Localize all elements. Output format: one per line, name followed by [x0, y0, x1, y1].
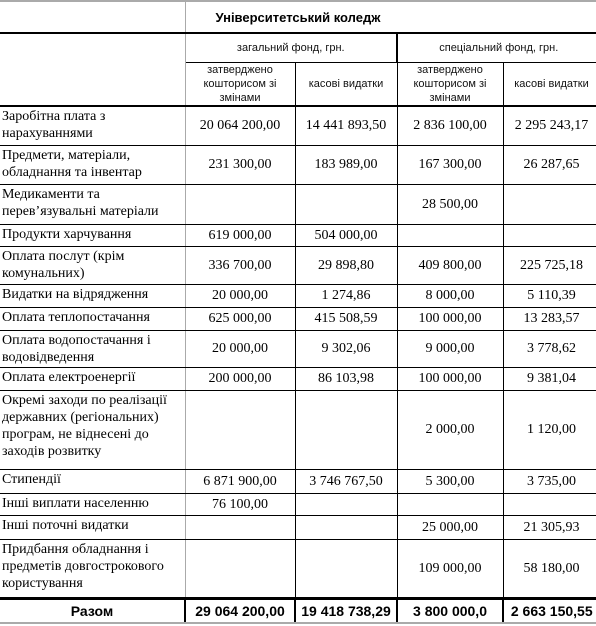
subheader-approved-general: затверджено кошторисом зі змінами	[185, 62, 295, 106]
table-body: Заробітна плата з нарахуваннями20 064 20…	[0, 106, 596, 599]
row-value: 2 836 100,00	[397, 106, 503, 146]
table-row: Інші поточні видатки25 000,0021 305,93	[0, 516, 596, 540]
row-value: 625 000,00	[185, 308, 295, 331]
row-value: 504 000,00	[295, 225, 397, 247]
row-label: Оплата теплопостачання	[0, 308, 185, 331]
row-value: 13 283,57	[503, 308, 596, 331]
row-value	[295, 540, 397, 599]
row-value	[185, 516, 295, 540]
table-row: Оплата послут (крім комунальних)336 700,…	[0, 247, 596, 285]
total-cash-special: 2 663 150,55	[503, 599, 596, 624]
table-row: Стипендії6 871 900,003 746 767,505 300,0…	[0, 470, 596, 494]
table-row: Медикаменти та перев’язувальні матеріали…	[0, 185, 596, 225]
row-value	[185, 185, 295, 225]
table-row: Окремі заходи по реалізації державних (р…	[0, 391, 596, 470]
row-value	[295, 494, 397, 516]
budget-table: Університетський коледж загальний фонд, …	[0, 0, 596, 624]
row-value: 109 000,00	[397, 540, 503, 599]
row-value: 28 500,00	[397, 185, 503, 225]
fund-header-row: загальний фонд, грн. спеціальний фонд, г…	[0, 33, 596, 62]
row-value	[397, 494, 503, 516]
row-value: 9 381,04	[503, 368, 596, 391]
row-value: 167 300,00	[397, 146, 503, 185]
row-value: 6 871 900,00	[185, 470, 295, 494]
row-value: 9 000,00	[397, 331, 503, 368]
corner-cell	[0, 1, 185, 33]
row-value: 200 000,00	[185, 368, 295, 391]
row-value: 5 300,00	[397, 470, 503, 494]
row-value: 5 110,39	[503, 285, 596, 308]
row-label-header	[0, 33, 185, 106]
row-value: 183 989,00	[295, 146, 397, 185]
row-value: 100 000,00	[397, 368, 503, 391]
row-label: Предмети, матеріали, обладнання та інвен…	[0, 146, 185, 185]
row-value	[503, 494, 596, 516]
total-cash-general: 19 418 738,29	[295, 599, 397, 624]
row-value: 2 000,00	[397, 391, 503, 470]
row-value: 20 064 200,00	[185, 106, 295, 146]
row-value	[295, 185, 397, 225]
row-value: 20 000,00	[185, 331, 295, 368]
total-approved-general: 29 064 200,00	[185, 599, 295, 624]
row-value	[295, 516, 397, 540]
row-value: 100 000,00	[397, 308, 503, 331]
general-fund-header: загальний фонд, грн.	[185, 33, 397, 62]
row-value: 25 000,00	[397, 516, 503, 540]
row-label: Інші поточні видатки	[0, 516, 185, 540]
row-value: 8 000,00	[397, 285, 503, 308]
table-row: Інші виплати населенню76 100,00	[0, 494, 596, 516]
total-label: Разом	[0, 599, 185, 624]
row-value: 29 898,80	[295, 247, 397, 285]
row-value: 21 305,93	[503, 516, 596, 540]
row-label: Медикаменти та перев’язувальні матеріали	[0, 185, 185, 225]
table-row: Предмети, матеріали, обладнання та інвен…	[0, 146, 596, 185]
row-label: Заробітна плата з нарахуваннями	[0, 106, 185, 146]
row-value: 619 000,00	[185, 225, 295, 247]
row-label: Стипендії	[0, 470, 185, 494]
subheader-cash-general: касові видатки	[295, 62, 397, 106]
row-value: 225 725,18	[503, 247, 596, 285]
row-value: 14 441 893,50	[295, 106, 397, 146]
table-row: Оплата електроенергії200 000,0086 103,98…	[0, 368, 596, 391]
row-label: Продукти харчування	[0, 225, 185, 247]
row-value: 86 103,98	[295, 368, 397, 391]
table-row: Заробітна плата з нарахуваннями20 064 20…	[0, 106, 596, 146]
row-value	[503, 225, 596, 247]
row-label: Окремі заходи по реалізації державних (р…	[0, 391, 185, 470]
row-value: 58 180,00	[503, 540, 596, 599]
row-value: 3 778,62	[503, 331, 596, 368]
row-value: 3 735,00	[503, 470, 596, 494]
row-label: Оплата водопостачання і водовідведення	[0, 331, 185, 368]
row-label: Оплата послут (крім комунальних)	[0, 247, 185, 285]
row-value: 76 100,00	[185, 494, 295, 516]
row-label: Інші виплати населенню	[0, 494, 185, 516]
total-approved-special: 3 800 000,0	[397, 599, 503, 624]
row-value	[397, 225, 503, 247]
subheader-approved-special: затверджено кошторисом зі змінами	[397, 62, 503, 106]
subheader-cash-special: касові видатки	[503, 62, 596, 106]
row-label: Оплата електроенергії	[0, 368, 185, 391]
title-row: Університетський коледж	[0, 1, 596, 33]
row-value	[295, 391, 397, 470]
table-row: Видатки на відрядження20 000,001 274,868…	[0, 285, 596, 308]
row-label: Видатки на відрядження	[0, 285, 185, 308]
special-fund-header: спеціальний фонд, грн.	[397, 33, 596, 62]
row-label: Придбання обладнання і предметів довгост…	[0, 540, 185, 599]
row-value: 9 302,06	[295, 331, 397, 368]
row-value	[503, 185, 596, 225]
row-value: 1 120,00	[503, 391, 596, 470]
table-row: Оплата теплопостачання625 000,00415 508,…	[0, 308, 596, 331]
total-row: Разом 29 064 200,00 19 418 738,29 3 800 …	[0, 599, 596, 624]
row-value: 336 700,00	[185, 247, 295, 285]
row-value: 2 295 243,17	[503, 106, 596, 146]
row-value: 409 800,00	[397, 247, 503, 285]
row-value	[185, 540, 295, 599]
row-value: 20 000,00	[185, 285, 295, 308]
row-value: 415 508,59	[295, 308, 397, 331]
institution-title: Університетський коледж	[185, 1, 596, 33]
row-value: 3 746 767,50	[295, 470, 397, 494]
table-row: Придбання обладнання і предметів довгост…	[0, 540, 596, 599]
row-value: 26 287,65	[503, 146, 596, 185]
row-value: 1 274,86	[295, 285, 397, 308]
table-row: Продукти харчування619 000,00504 000,00	[0, 225, 596, 247]
row-value: 231 300,00	[185, 146, 295, 185]
row-value	[185, 391, 295, 470]
table-row: Оплата водопостачання і водовідведення20…	[0, 331, 596, 368]
